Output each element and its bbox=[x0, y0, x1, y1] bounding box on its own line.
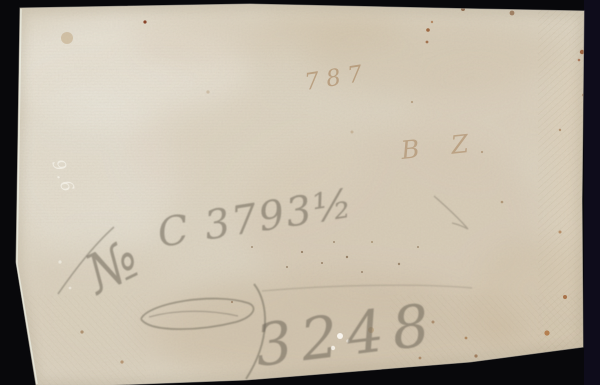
foxing-spot bbox=[80, 330, 83, 333]
foxing-spot bbox=[559, 231, 562, 234]
foxing-spot bbox=[361, 271, 363, 273]
foxing-spot bbox=[501, 201, 504, 204]
foxing-spot bbox=[346, 256, 348, 258]
foxing-spot bbox=[286, 266, 288, 268]
foxing-spot bbox=[559, 129, 561, 131]
foxing-spot bbox=[544, 330, 549, 335]
foxing-spot bbox=[426, 28, 430, 32]
foxing-spot bbox=[398, 263, 400, 265]
foxing-spot bbox=[206, 90, 209, 93]
foxing-spot bbox=[301, 251, 303, 253]
foxing-spot bbox=[333, 241, 335, 243]
foxing-spot bbox=[61, 32, 73, 44]
foxing-spot bbox=[371, 241, 373, 243]
photo-card: № C 3793½ 3248 787 B Z 9.6 bbox=[0, 0, 600, 385]
photo-svg: № C 3793½ 3248 787 B Z 9.6 bbox=[0, 0, 600, 385]
foxing-spot bbox=[417, 246, 419, 248]
foxing-spot bbox=[426, 41, 429, 44]
foxing-spot bbox=[120, 360, 123, 363]
foxing-spot bbox=[231, 301, 233, 303]
foxing-spot bbox=[465, 337, 468, 340]
foxing-spot bbox=[563, 295, 567, 299]
foxing-spot bbox=[351, 131, 354, 134]
foxing-spot bbox=[321, 262, 323, 264]
foxing-spot bbox=[143, 20, 146, 23]
foxing-spot bbox=[251, 246, 253, 248]
foxing-spot bbox=[431, 21, 433, 23]
backdrop-right-tint bbox=[584, 0, 600, 385]
foxing-spot bbox=[411, 101, 413, 103]
foxing-spot bbox=[58, 260, 61, 263]
photo-backdrop: № C 3793½ 3248 787 B Z 9.6 bbox=[0, 0, 600, 385]
foxing-spot bbox=[69, 287, 72, 290]
